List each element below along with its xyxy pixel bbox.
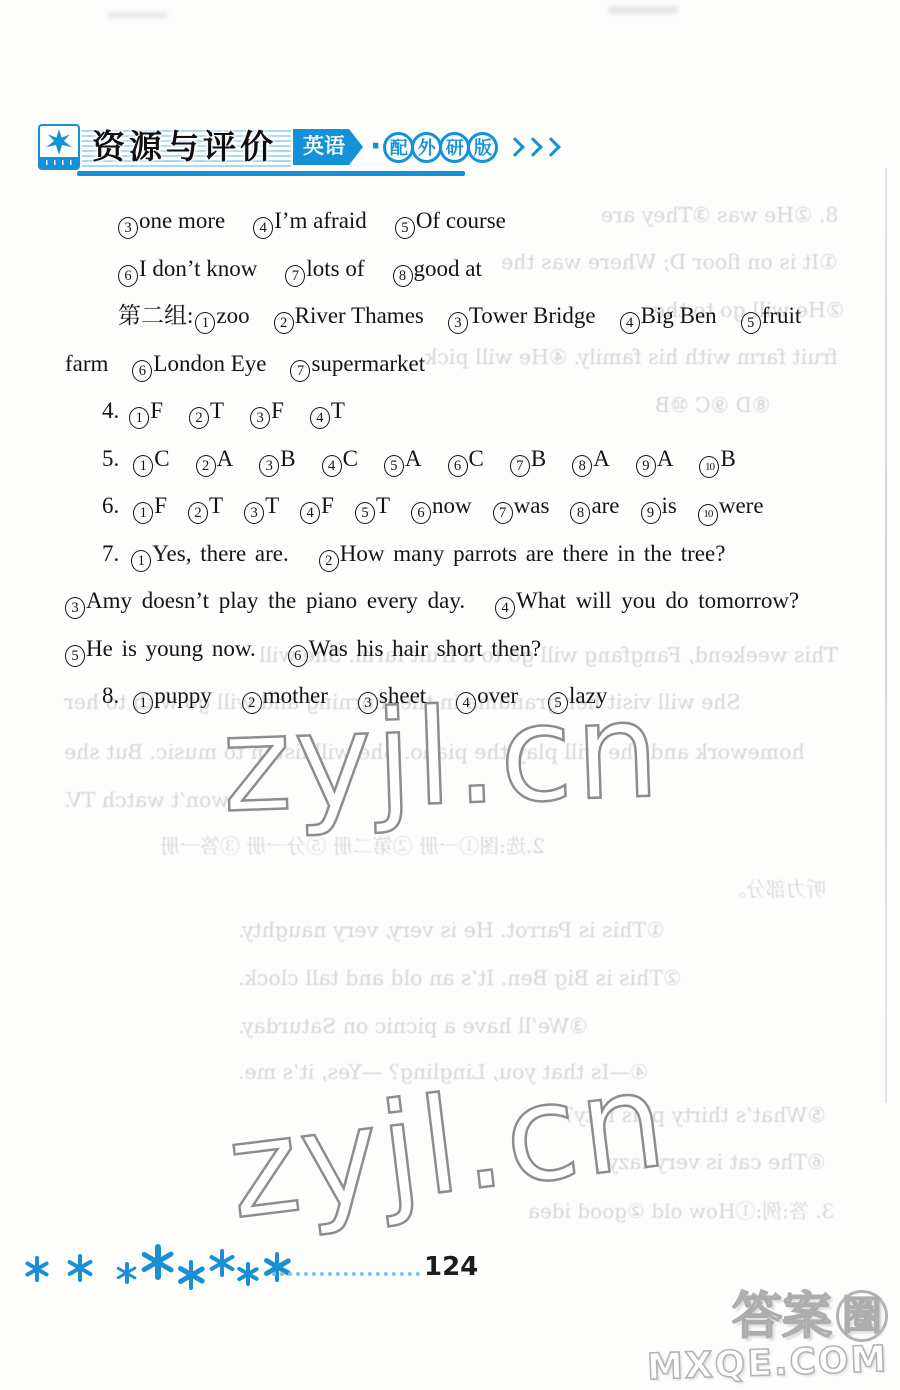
answer-item: 4C xyxy=(322,446,358,471)
circled-number: 5 xyxy=(395,217,415,239)
answer-text: C xyxy=(343,446,358,471)
answer-item: 9is xyxy=(641,493,677,518)
answer-item: 8A xyxy=(572,446,610,471)
answer-item: 7supermarket xyxy=(290,351,425,376)
answer-text: F xyxy=(321,493,334,518)
answer-text: one more xyxy=(139,208,225,233)
answer-text: supermarket xyxy=(311,351,425,376)
answer-line: 3Amy doesn’t play the piano every day.4W… xyxy=(60,577,860,625)
circled-number: 5 xyxy=(65,645,85,667)
corner-watermark-title: 答案圈 xyxy=(647,1290,888,1342)
circled-number: 4 xyxy=(456,692,476,714)
answer-text: Amy doesn’t play the piano every day. xyxy=(86,588,465,613)
circled-number: 8 xyxy=(570,502,590,524)
answer-item: 3Amy doesn’t play the piano every day. xyxy=(65,588,465,613)
answer-text: A xyxy=(657,446,674,471)
circled-number: 5 xyxy=(548,692,568,714)
answer-text: puppy xyxy=(154,683,212,708)
answer-item: 3Tower Bridge xyxy=(448,303,596,328)
answer-text: I’m afraid xyxy=(274,208,367,233)
answer-prefix: 4. xyxy=(102,398,119,423)
answer-line: 7.1Yes, there are.2How many parrots are … xyxy=(60,530,860,578)
answer-item: 1C xyxy=(133,446,169,471)
answer-item: 7B xyxy=(510,446,546,471)
answer-item: 10B xyxy=(699,446,735,471)
asterisk-icon xyxy=(116,1262,138,1284)
answer-text: A xyxy=(593,446,610,471)
circled-number: 4 xyxy=(620,312,640,334)
circled-number: 1 xyxy=(195,312,215,334)
circled-number: 6 xyxy=(288,645,308,667)
circled-number: 2 xyxy=(189,407,209,429)
answer-text: T xyxy=(376,493,390,518)
circled-number: 4 xyxy=(322,455,342,477)
answer-text: was xyxy=(514,493,550,518)
answer-item: 6London Eye xyxy=(132,351,266,376)
answer-item: 10were xyxy=(698,493,764,518)
header-underline xyxy=(77,171,465,176)
circled-number: 7 xyxy=(510,455,530,477)
answer-text: Tower Bridge xyxy=(469,303,596,328)
answer-item: 8are xyxy=(570,493,619,518)
answer-key-body: 3one more4I’m afraid5Of course6I don’t k… xyxy=(60,197,860,720)
circled-number: 3 xyxy=(118,217,138,239)
answer-prefix: 5. xyxy=(102,446,119,471)
circled-number: 2 xyxy=(274,312,294,334)
answer-item: 5Of course xyxy=(395,208,506,233)
answer-text: zoo xyxy=(216,303,249,328)
answer-text: were xyxy=(719,493,764,518)
answer-text: He is young now. xyxy=(86,636,256,661)
corner-watermark: 答案圈 MXQE.COM xyxy=(647,1290,888,1382)
answer-text: London Eye xyxy=(153,351,266,376)
circled-number: 8 xyxy=(393,265,413,287)
answer-prefix: 6. xyxy=(102,493,119,518)
answer-text: F xyxy=(150,398,163,423)
answer-item: 6I don’t know xyxy=(118,256,257,281)
answer-text: A xyxy=(217,446,234,471)
scan-speck xyxy=(108,12,168,18)
answer-item: 5fruit xyxy=(741,303,802,328)
answer-text: C xyxy=(154,446,169,471)
corner-watermark-site: MXQE.COM xyxy=(646,1342,888,1386)
answer-item: 3B xyxy=(259,446,295,471)
answer-line: 5He is young now.6Was his hair short the… xyxy=(60,625,860,673)
answer-item: 2T xyxy=(189,398,224,423)
circled-number: 3 xyxy=(250,407,270,429)
answer-item: 4T xyxy=(310,398,345,423)
circled-number: 2 xyxy=(188,502,208,524)
star-flower-icon xyxy=(45,128,73,156)
asterisk-icon xyxy=(236,1262,260,1286)
separator-dot: · xyxy=(370,132,381,162)
answer-text: F xyxy=(154,493,167,518)
circled-number: 4 xyxy=(253,217,273,239)
publisher-logo xyxy=(38,124,80,170)
answer-item: 5T xyxy=(355,493,390,518)
answer-text: T xyxy=(331,398,345,423)
circled-number: 6 xyxy=(132,360,152,382)
answer-text: B xyxy=(720,446,735,471)
circled-number: 8 xyxy=(572,455,592,477)
answer-item: 3F xyxy=(250,398,284,423)
circled-number: 4 xyxy=(300,502,320,524)
answer-text: What will you do tomorrow? xyxy=(516,588,799,613)
circled-number: 6 xyxy=(411,502,431,524)
chevron-right-icon xyxy=(542,137,562,157)
answer-item: 2mother xyxy=(242,683,328,708)
circled-number: 7 xyxy=(285,265,305,287)
circled-number: 9 xyxy=(636,455,656,477)
answer-line: 5.1C2A3B4C5A6C7B8A9A10B xyxy=(60,435,860,483)
circled-number: 10 xyxy=(698,504,718,526)
answer-line: 8.1puppy2mother3sheet4over5lazy xyxy=(60,672,860,720)
answer-line: 6.1F2T3T4F5T6now7was8are9is10were xyxy=(60,482,860,530)
circled-number: 2 xyxy=(242,692,262,714)
answer-line: 6I don’t know7lots of8good at xyxy=(60,245,860,293)
asterisk-icon xyxy=(66,1254,94,1282)
answer-item: 4What will you do tomorrow? xyxy=(495,588,799,613)
answer-text: I don’t know xyxy=(139,256,257,281)
circled-number: 2 xyxy=(319,550,339,572)
answer-item: 6Was his hair short then? xyxy=(288,636,541,661)
answer-item: 1puppy xyxy=(133,683,212,708)
answer-text: lots of xyxy=(306,256,364,281)
circled-number: 3 xyxy=(65,597,85,619)
bleedthrough-text: ①This is Parrot. He is very, very naught… xyxy=(238,918,664,942)
answer-text: How many parrots are there in the tree? xyxy=(340,541,726,566)
circled-number: 6 xyxy=(448,455,468,477)
asterisk-icon xyxy=(24,1256,50,1282)
answer-item: 2T xyxy=(188,493,223,518)
circled-number: 7 xyxy=(493,502,513,524)
answer-text: good at xyxy=(414,256,482,281)
answer-item: 7was xyxy=(493,493,550,518)
circled-number: 7 xyxy=(290,360,310,382)
edition-char-badge: 研 xyxy=(439,132,470,163)
answer-text: is xyxy=(662,493,677,518)
page-header: 资源与评价 英语 · 配外研版 xyxy=(38,124,562,170)
answer-text: T xyxy=(209,493,223,518)
edition-badges: 配外研版 xyxy=(386,132,498,163)
circled-number: 5 xyxy=(741,312,761,334)
answer-item: 1Yes, there are. xyxy=(131,541,289,566)
answer-item: 6now xyxy=(411,493,472,518)
answer-item: 2How many parrots are there in the tree? xyxy=(319,541,726,566)
edition-char-badge: 配 xyxy=(383,132,414,163)
answer-text: River Thames xyxy=(295,303,424,328)
answer-line: 3one more4I’m afraid5Of course xyxy=(60,197,860,245)
asterisk-icon xyxy=(176,1260,206,1290)
answer-item: 3one more xyxy=(118,208,225,233)
answer-prefix: farm xyxy=(65,351,108,376)
answer-item: 5He is young now. xyxy=(65,636,256,661)
answer-text: Was his hair short then? xyxy=(309,636,541,661)
answer-prefix: 8. xyxy=(102,683,119,708)
answer-text: fruit xyxy=(762,303,802,328)
circled-number: 4 xyxy=(495,597,515,619)
answer-text: are xyxy=(591,493,619,518)
series-title: 资源与评价 xyxy=(92,130,277,163)
circled-number: 1 xyxy=(133,692,153,714)
answer-text: over xyxy=(477,683,518,708)
answer-item: 4I’m afraid xyxy=(253,208,367,233)
circled-number: 10 xyxy=(699,456,719,478)
bleedthrough-text: ②This is Big Ben. It’s an old and tall c… xyxy=(238,966,681,990)
answer-prefix: 7. xyxy=(102,541,119,566)
answer-item: 2River Thames xyxy=(274,303,424,328)
edition-char-badge: 版 xyxy=(467,132,498,163)
answer-text: B xyxy=(531,446,546,471)
subject-badge: 英语 xyxy=(293,129,363,165)
answer-prefix: 第二组: xyxy=(118,303,193,328)
answer-item: 3T xyxy=(244,493,279,518)
answer-item: 1zoo xyxy=(195,303,249,328)
circled-number: 5 xyxy=(384,455,404,477)
answer-item: 8good at xyxy=(393,256,482,281)
circled-number: 1 xyxy=(133,502,153,524)
answer-item: 7lots of xyxy=(285,256,364,281)
answer-item: 2A xyxy=(196,446,234,471)
answer-text: sheet xyxy=(379,683,426,708)
circled-number: 3 xyxy=(244,502,264,524)
answer-item: 5A xyxy=(384,446,422,471)
answer-text: F xyxy=(271,398,284,423)
answer-item: 9A xyxy=(636,446,674,471)
circled-number: 3 xyxy=(259,455,279,477)
circled-number: 3 xyxy=(448,312,468,334)
answer-item: 4over xyxy=(456,683,518,708)
corner-watermark-char: 答 xyxy=(732,1291,782,1341)
footer-asterisks xyxy=(24,1244,292,1296)
scan-edge-line xyxy=(885,168,887,1103)
bleedthrough-text: won’t watch TV. xyxy=(64,788,229,812)
answer-item: 4Big Ben xyxy=(620,303,717,328)
answer-text: T xyxy=(210,398,224,423)
answer-item: 1F xyxy=(129,398,163,423)
answer-item: 6C xyxy=(448,446,484,471)
answer-text: mother xyxy=(263,683,328,708)
asterisk-icon xyxy=(262,1252,292,1282)
circled-number: 9 xyxy=(641,502,661,524)
workbook-page: 资源与评价 英语 · 配外研版 8. ②He was ③They are①It … xyxy=(0,0,900,1390)
answer-text: T xyxy=(265,493,279,518)
answer-line: farm6London Eye7supermarket xyxy=(60,340,860,388)
asterisk-icon xyxy=(208,1249,236,1277)
corner-watermark-circled-char: 圈 xyxy=(836,1290,888,1342)
answer-text: Big Ben xyxy=(641,303,717,328)
series-title-banner: 资源与评价 xyxy=(82,127,291,168)
answer-text: now xyxy=(432,493,472,518)
circled-number: 1 xyxy=(129,407,149,429)
circled-number: 1 xyxy=(131,550,151,572)
logo-caption-strip xyxy=(40,157,78,168)
answer-item: 5lazy xyxy=(548,683,607,708)
footer-dotted-line xyxy=(272,1272,420,1276)
bleedthrough-text: 听力部分。 xyxy=(726,873,826,902)
answer-item: 1F xyxy=(133,493,167,518)
edition-char-badge: 外 xyxy=(411,132,442,163)
answer-item: 3sheet xyxy=(358,683,426,708)
page-number: 124 xyxy=(424,1252,478,1282)
circled-number: 1 xyxy=(133,455,153,477)
circled-number: 3 xyxy=(358,692,378,714)
answer-text: lazy xyxy=(569,683,607,708)
answer-text: A xyxy=(405,446,422,471)
answer-text: B xyxy=(280,446,295,471)
scan-speck xyxy=(608,6,678,14)
circled-number: 5 xyxy=(355,502,375,524)
asterisk-icon xyxy=(140,1244,176,1280)
answer-text: Yes, there are. xyxy=(152,541,289,566)
chevron-arrows xyxy=(508,140,562,154)
answer-text: Of course xyxy=(416,208,506,233)
circled-number: 6 xyxy=(118,265,138,287)
answer-item: 4F xyxy=(300,493,334,518)
answer-text: C xyxy=(469,446,484,471)
circled-number: 4 xyxy=(310,407,330,429)
circled-number: 2 xyxy=(196,455,216,477)
answer-line: 第二组:1zoo2River Thames3Tower Bridge4Big B… xyxy=(60,292,860,340)
bleedthrough-text: ③We’ll have a picnic on Saturday. xyxy=(238,1014,588,1038)
answer-line: 4.1F2T3F4T xyxy=(60,387,860,435)
corner-watermark-char: 案 xyxy=(782,1291,832,1341)
